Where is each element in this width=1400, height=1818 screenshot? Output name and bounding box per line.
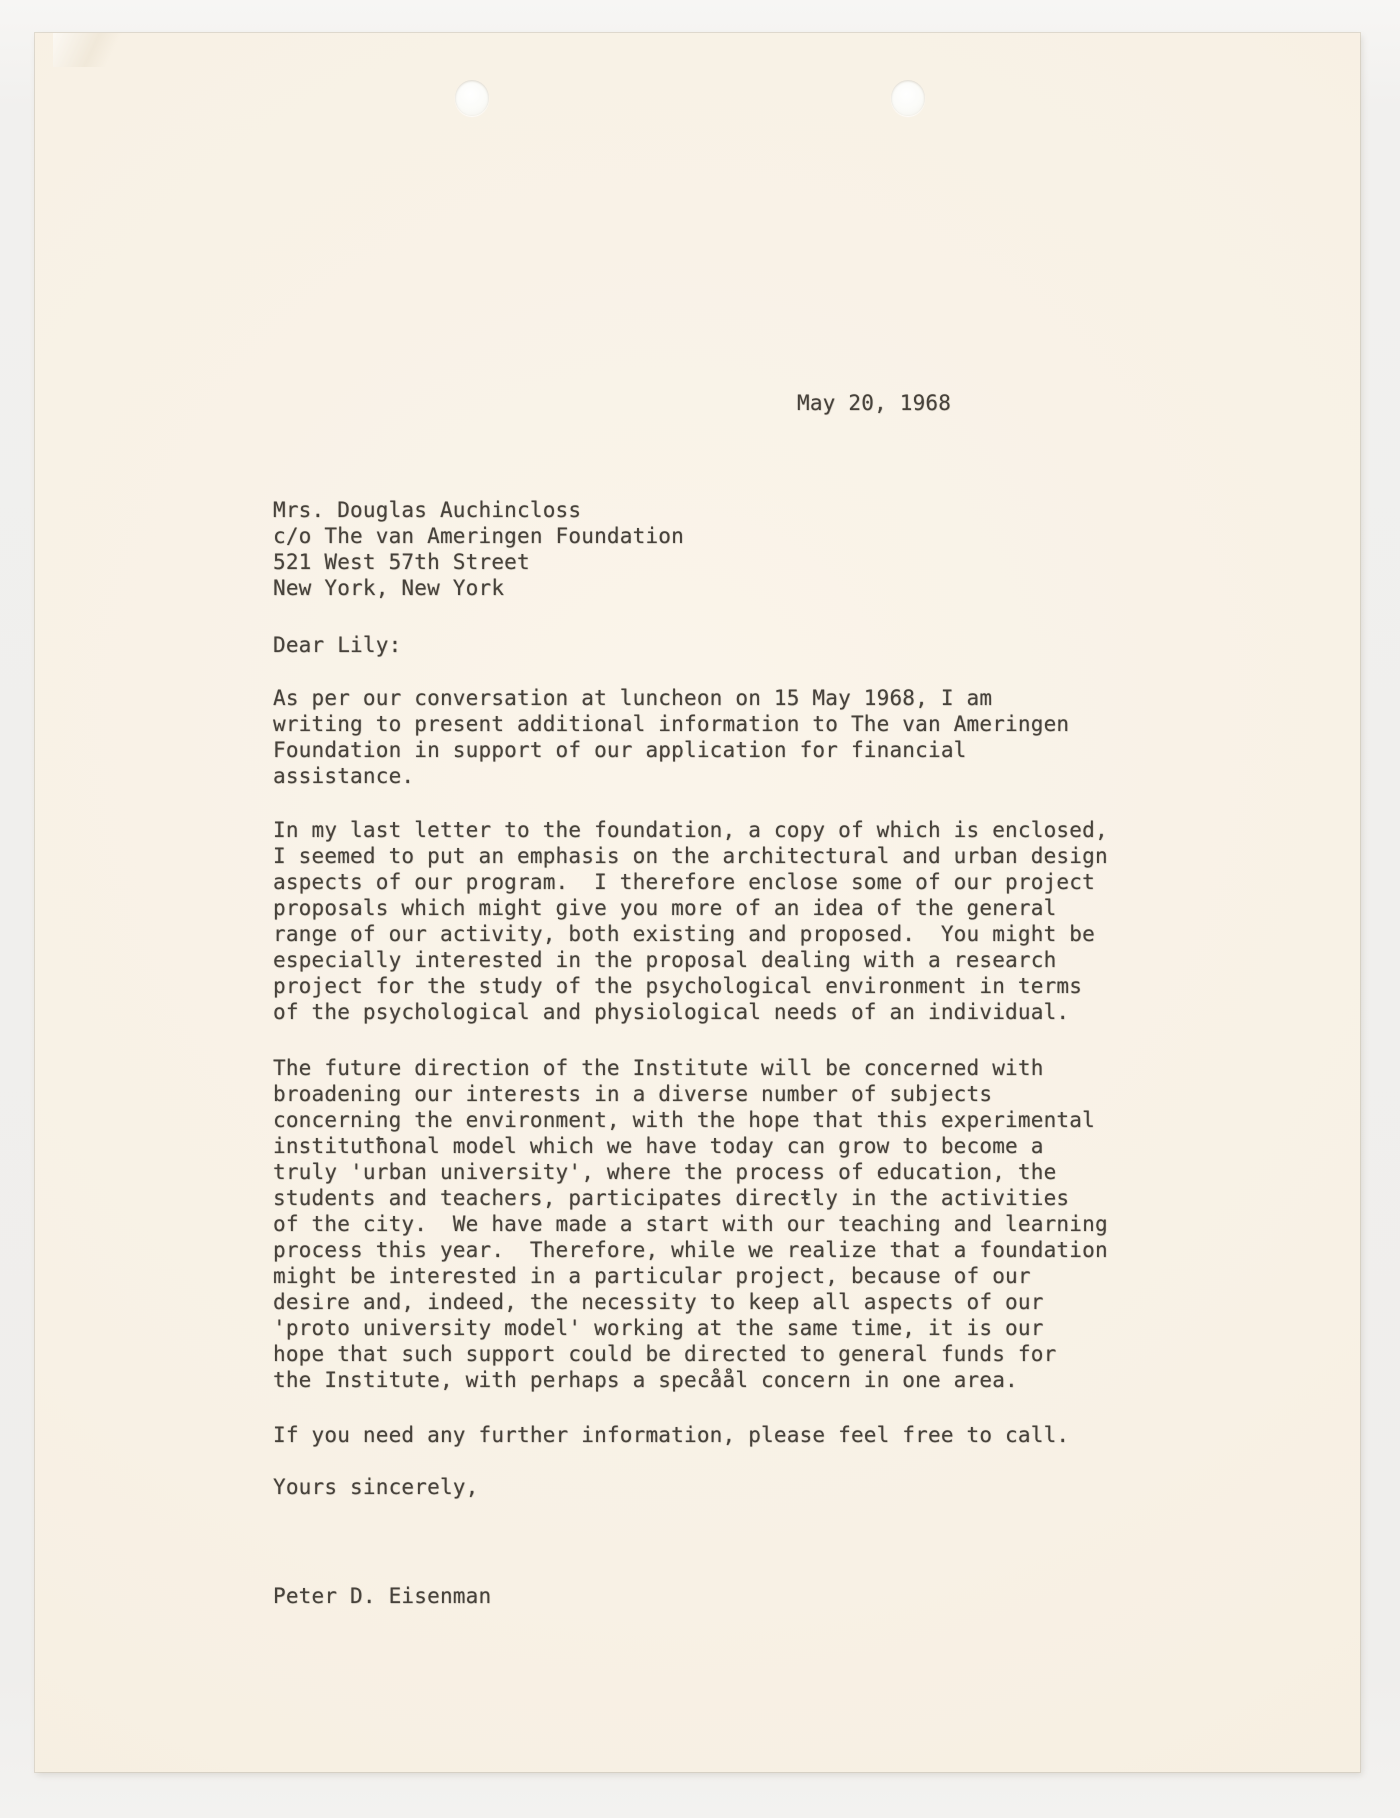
- scanned-letter-background: May 20, 1968 Mrs. Douglas Auchincloss c/…: [0, 0, 1400, 1818]
- body-paragraph-1: As per our conversation at luncheon on 1…: [273, 685, 1069, 789]
- recipient-address: Mrs. Douglas Auchincloss c/o The van Ame…: [273, 497, 684, 601]
- paper-corner-fold: [53, 33, 123, 67]
- body-paragraph-4: If you need any further information, ple…: [273, 1422, 1069, 1448]
- body-paragraph-2: In my last letter to the foundation, a c…: [273, 817, 1108, 1025]
- closing: Yours sincerely,: [273, 1474, 479, 1500]
- punch-hole-left: [455, 80, 489, 116]
- body-paragraph-3: The future direction of the Institute wi…: [273, 1055, 1108, 1393]
- signature-name: Peter D. Eisenman: [273, 1583, 491, 1609]
- letter-page: May 20, 1968 Mrs. Douglas Auchincloss c/…: [35, 33, 1360, 1772]
- salutation: Dear Lily:: [273, 632, 401, 658]
- date-line: May 20, 1968: [797, 390, 951, 416]
- punch-hole-right: [891, 80, 925, 116]
